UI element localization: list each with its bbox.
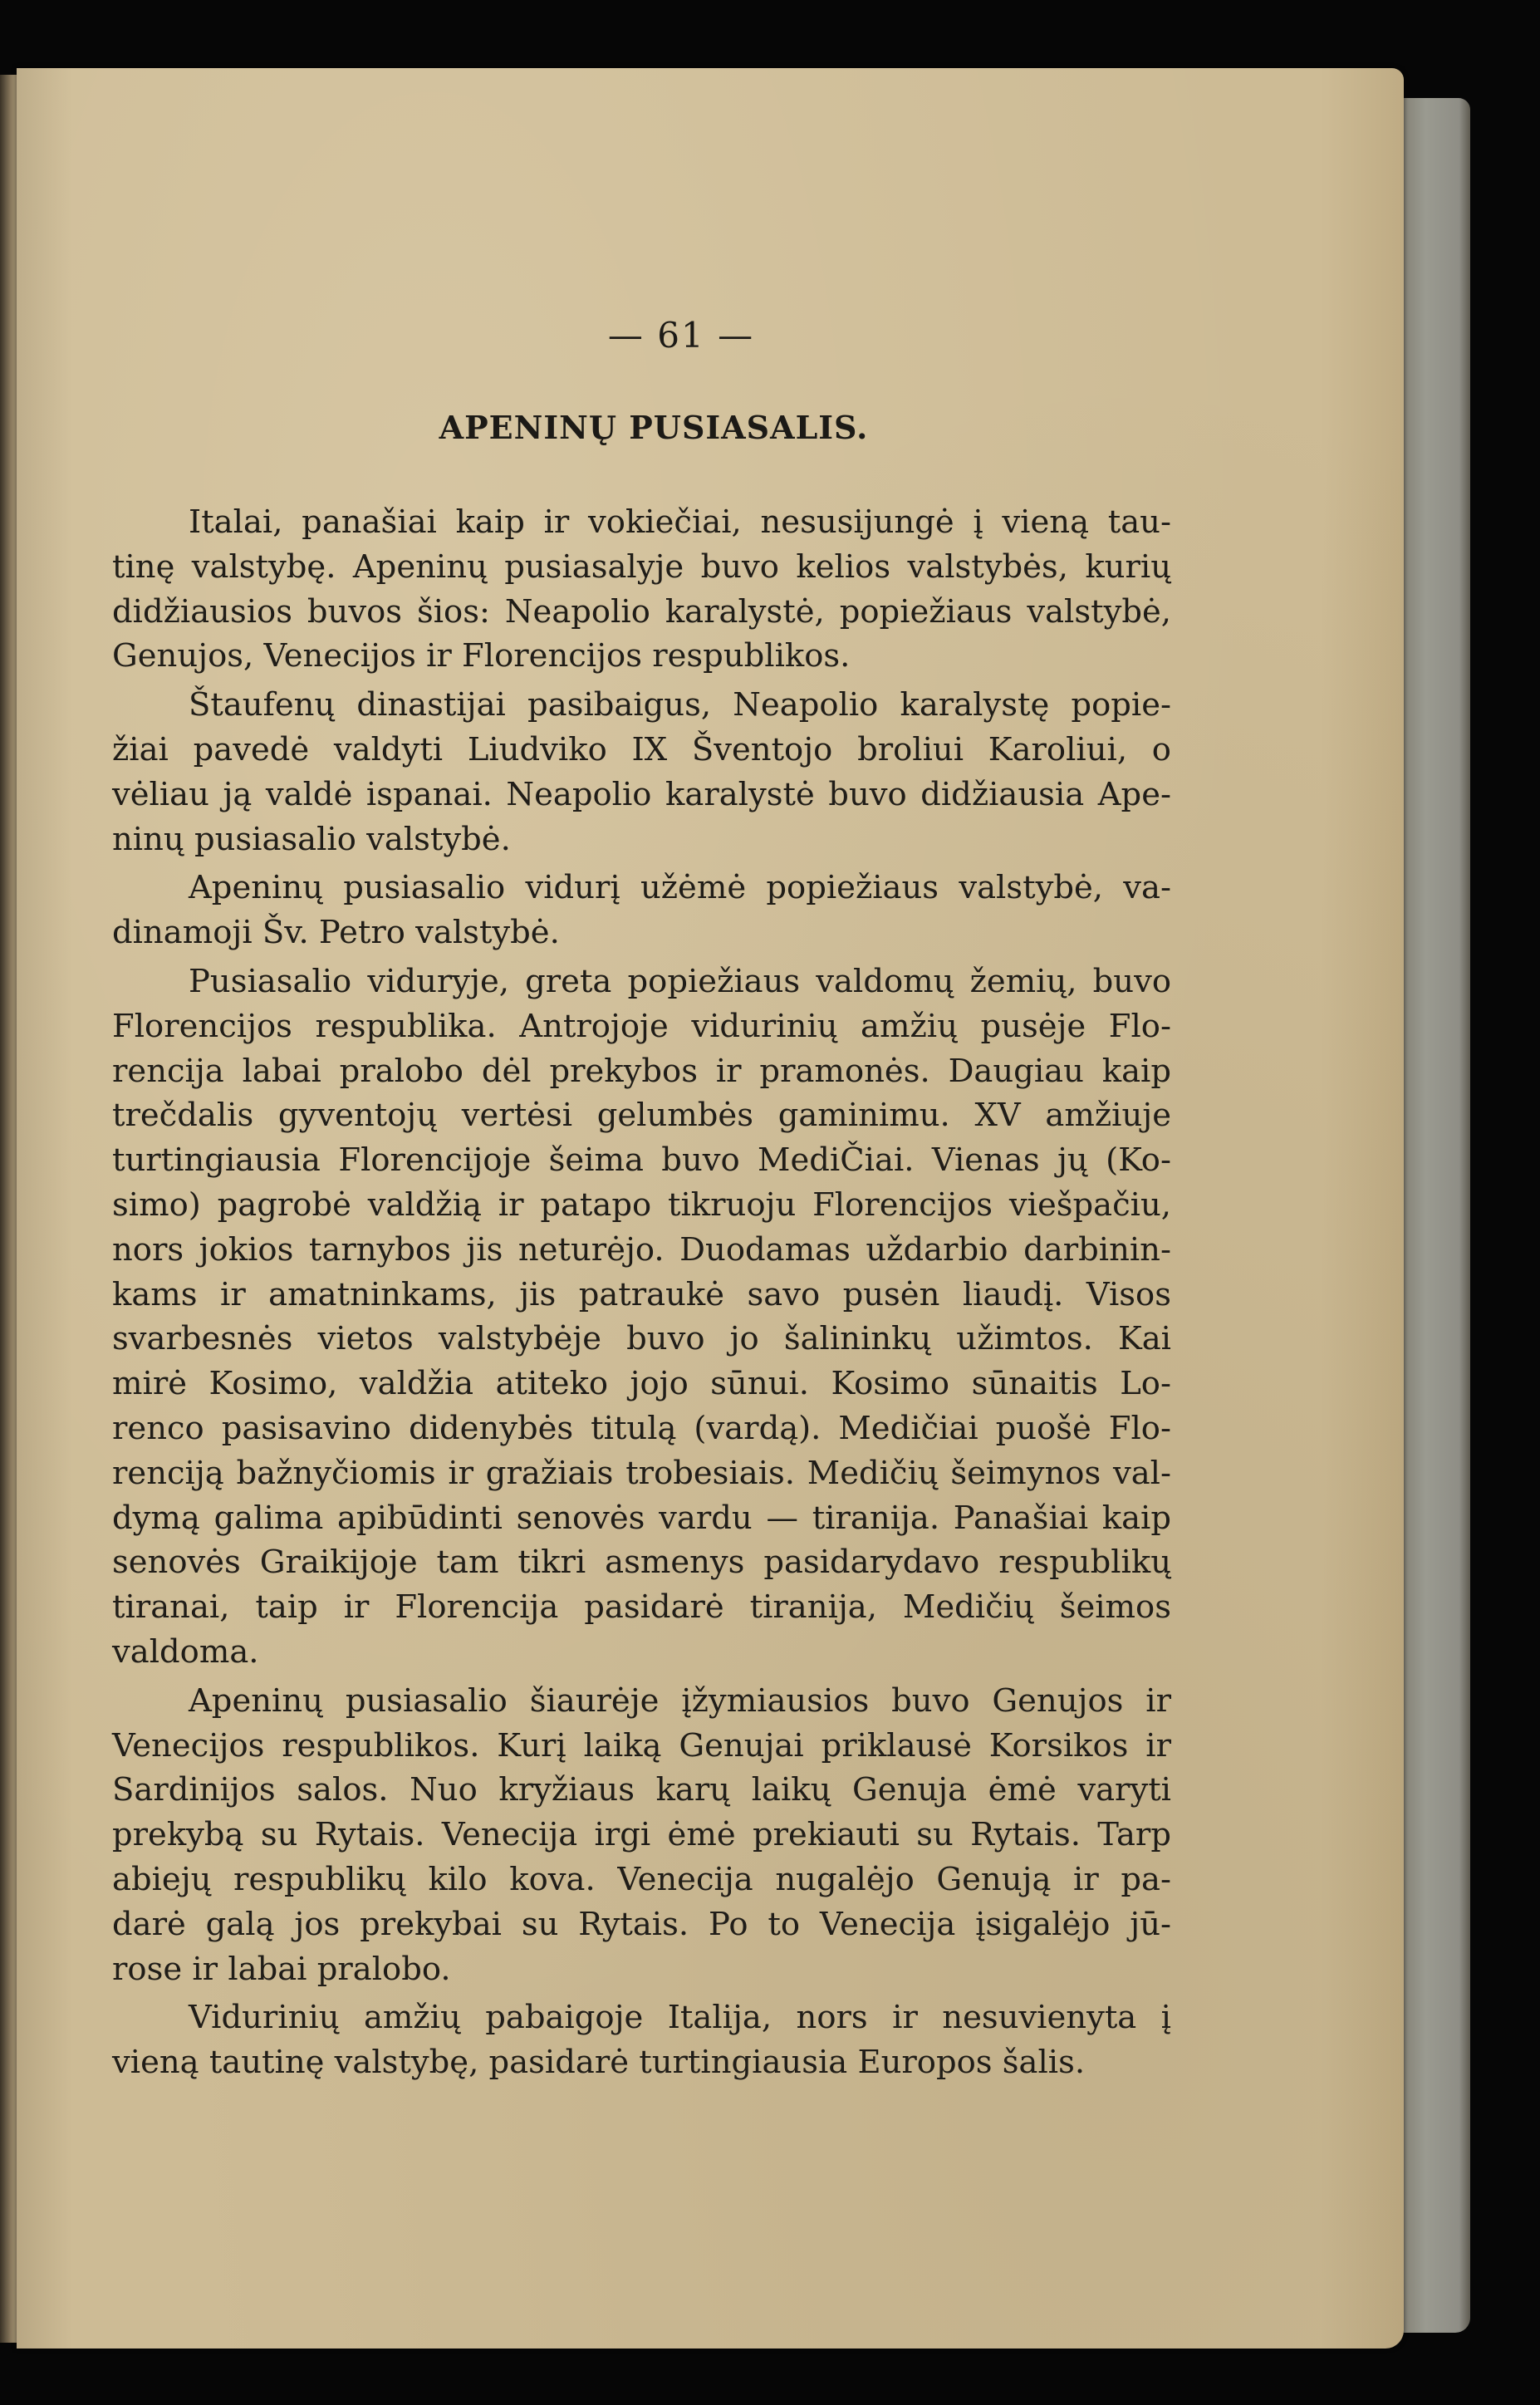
- paragraph: Vidurinių amžių pabaigoje Italija, nors …: [112, 1995, 1171, 2085]
- text-line: nors jokios tarnybos jis neturėjo. Duoda…: [112, 1228, 1171, 1273]
- text-line: vieną tautinę valstybę, pasidarė turting…: [112, 2040, 1171, 2085]
- text-line: Apeninų pusiasalio vidurį užėmė popiežia…: [112, 866, 1171, 910]
- text-line: tinę valstybę. Apeninų pusiasalyje buvo …: [112, 545, 1171, 590]
- text-line: Pusiasalio viduryje, greta popiežiaus va…: [112, 960, 1171, 1004]
- text-line: renciją bažnyčiomis ir gražiais trobesia…: [112, 1451, 1171, 1496]
- paragraph: Apeninų pusiasalio šiaurėje įžymiausios …: [112, 1679, 1171, 1992]
- book-page: — 61 — APENINŲ PUSIASALIS. Italai, panaš…: [17, 68, 1404, 2349]
- paragraph: Štaufenų dinastijai pasibaigus, Neapolio…: [112, 683, 1171, 861]
- page-number: — 61 —: [17, 315, 1346, 356]
- text-line: Štaufenų dinastijai pasibaigus, Neapolio…: [112, 683, 1171, 728]
- text-line: dinamoji Šv. Petro valstybė.: [112, 910, 1171, 955]
- text-line: Sardinijos salos. Nuo kryžiaus karų laik…: [112, 1768, 1171, 1813]
- text-line: Vidurinių amžių pabaigoje Italija, nors …: [112, 1995, 1171, 2040]
- underlying-page-edge: [1395, 98, 1470, 2333]
- text-line: valdoma.: [112, 1630, 1171, 1675]
- text-line: ninų pusiasalio valstybė.: [112, 817, 1171, 862]
- chapter-heading: APENINŲ PUSIASALIS.: [17, 409, 1291, 446]
- paragraph: Pusiasalio viduryje, greta popiežiaus va…: [112, 960, 1171, 1675]
- text-line: abiejų respublikų kilo kova. Venecija nu…: [112, 1858, 1171, 1902]
- text-line: mirė Kosimo, valdžia atiteko jojo sūnui.…: [112, 1362, 1171, 1406]
- text-line: Florencijos respublika. Antrojoje viduri…: [112, 1004, 1171, 1049]
- text-line: simo) pagrobė valdžią ir patapo tikruoju…: [112, 1183, 1171, 1228]
- text-line: vėliau ją valdė ispanai. Neapolio karaly…: [112, 773, 1171, 817]
- text-line: Venecijos respublikos. Kurį laiką Genuja…: [112, 1724, 1171, 1769]
- text-line: senovės Graikijoje tam tikri asmenys pas…: [112, 1540, 1171, 1585]
- text-line: prekybą su Rytais. Venecija irgi ėmė pre…: [112, 1813, 1171, 1858]
- text-line: rose ir labai pralobo.: [112, 1947, 1171, 1992]
- text-line: trečdalis gyventojų vertėsi gelumbės gam…: [112, 1093, 1171, 1138]
- text-line: darė galą jos prekybai su Rytais. Po to …: [112, 1902, 1171, 1947]
- body-text: Italai, panašiai kaip ir vokiečiai, nesu…: [112, 500, 1171, 2085]
- text-line: dymą galima apibūdinti senovės vardu — t…: [112, 1496, 1171, 1541]
- paragraph: Italai, panašiai kaip ir vokiečiai, nesu…: [112, 500, 1171, 679]
- text-line: Apeninų pusiasalio šiaurėje įžymiausios …: [112, 1679, 1171, 1724]
- text-line: žiai pavedė valdyti Liudviko IX Šventojo…: [112, 728, 1171, 773]
- text-line: renco pasisavino didenybės titulą (vardą…: [112, 1406, 1171, 1451]
- text-line: tiranai, taip ir Florencija pasidarė tir…: [112, 1585, 1171, 1630]
- text-line: didžiausios buvos šios: Neapolio karalys…: [112, 590, 1171, 635]
- text-line: turtingiausia Florencijoje šeima buvo Me…: [112, 1138, 1171, 1183]
- text-line: Italai, panašiai kaip ir vokiečiai, nesu…: [112, 500, 1171, 545]
- text-line: rencija labai pralobo dėl prekybos ir pr…: [112, 1049, 1171, 1094]
- text-line: kams ir amatninkams, jis patraukė savo p…: [112, 1273, 1171, 1318]
- book-spine-edge: [0, 75, 18, 2343]
- paragraph: Apeninų pusiasalio vidurį užėmė popiežia…: [112, 866, 1171, 955]
- text-line: Genujos, Venecijos ir Florencijos respub…: [112, 634, 1171, 679]
- text-line: svarbesnės vietos valstybėje buvo jo šal…: [112, 1317, 1171, 1362]
